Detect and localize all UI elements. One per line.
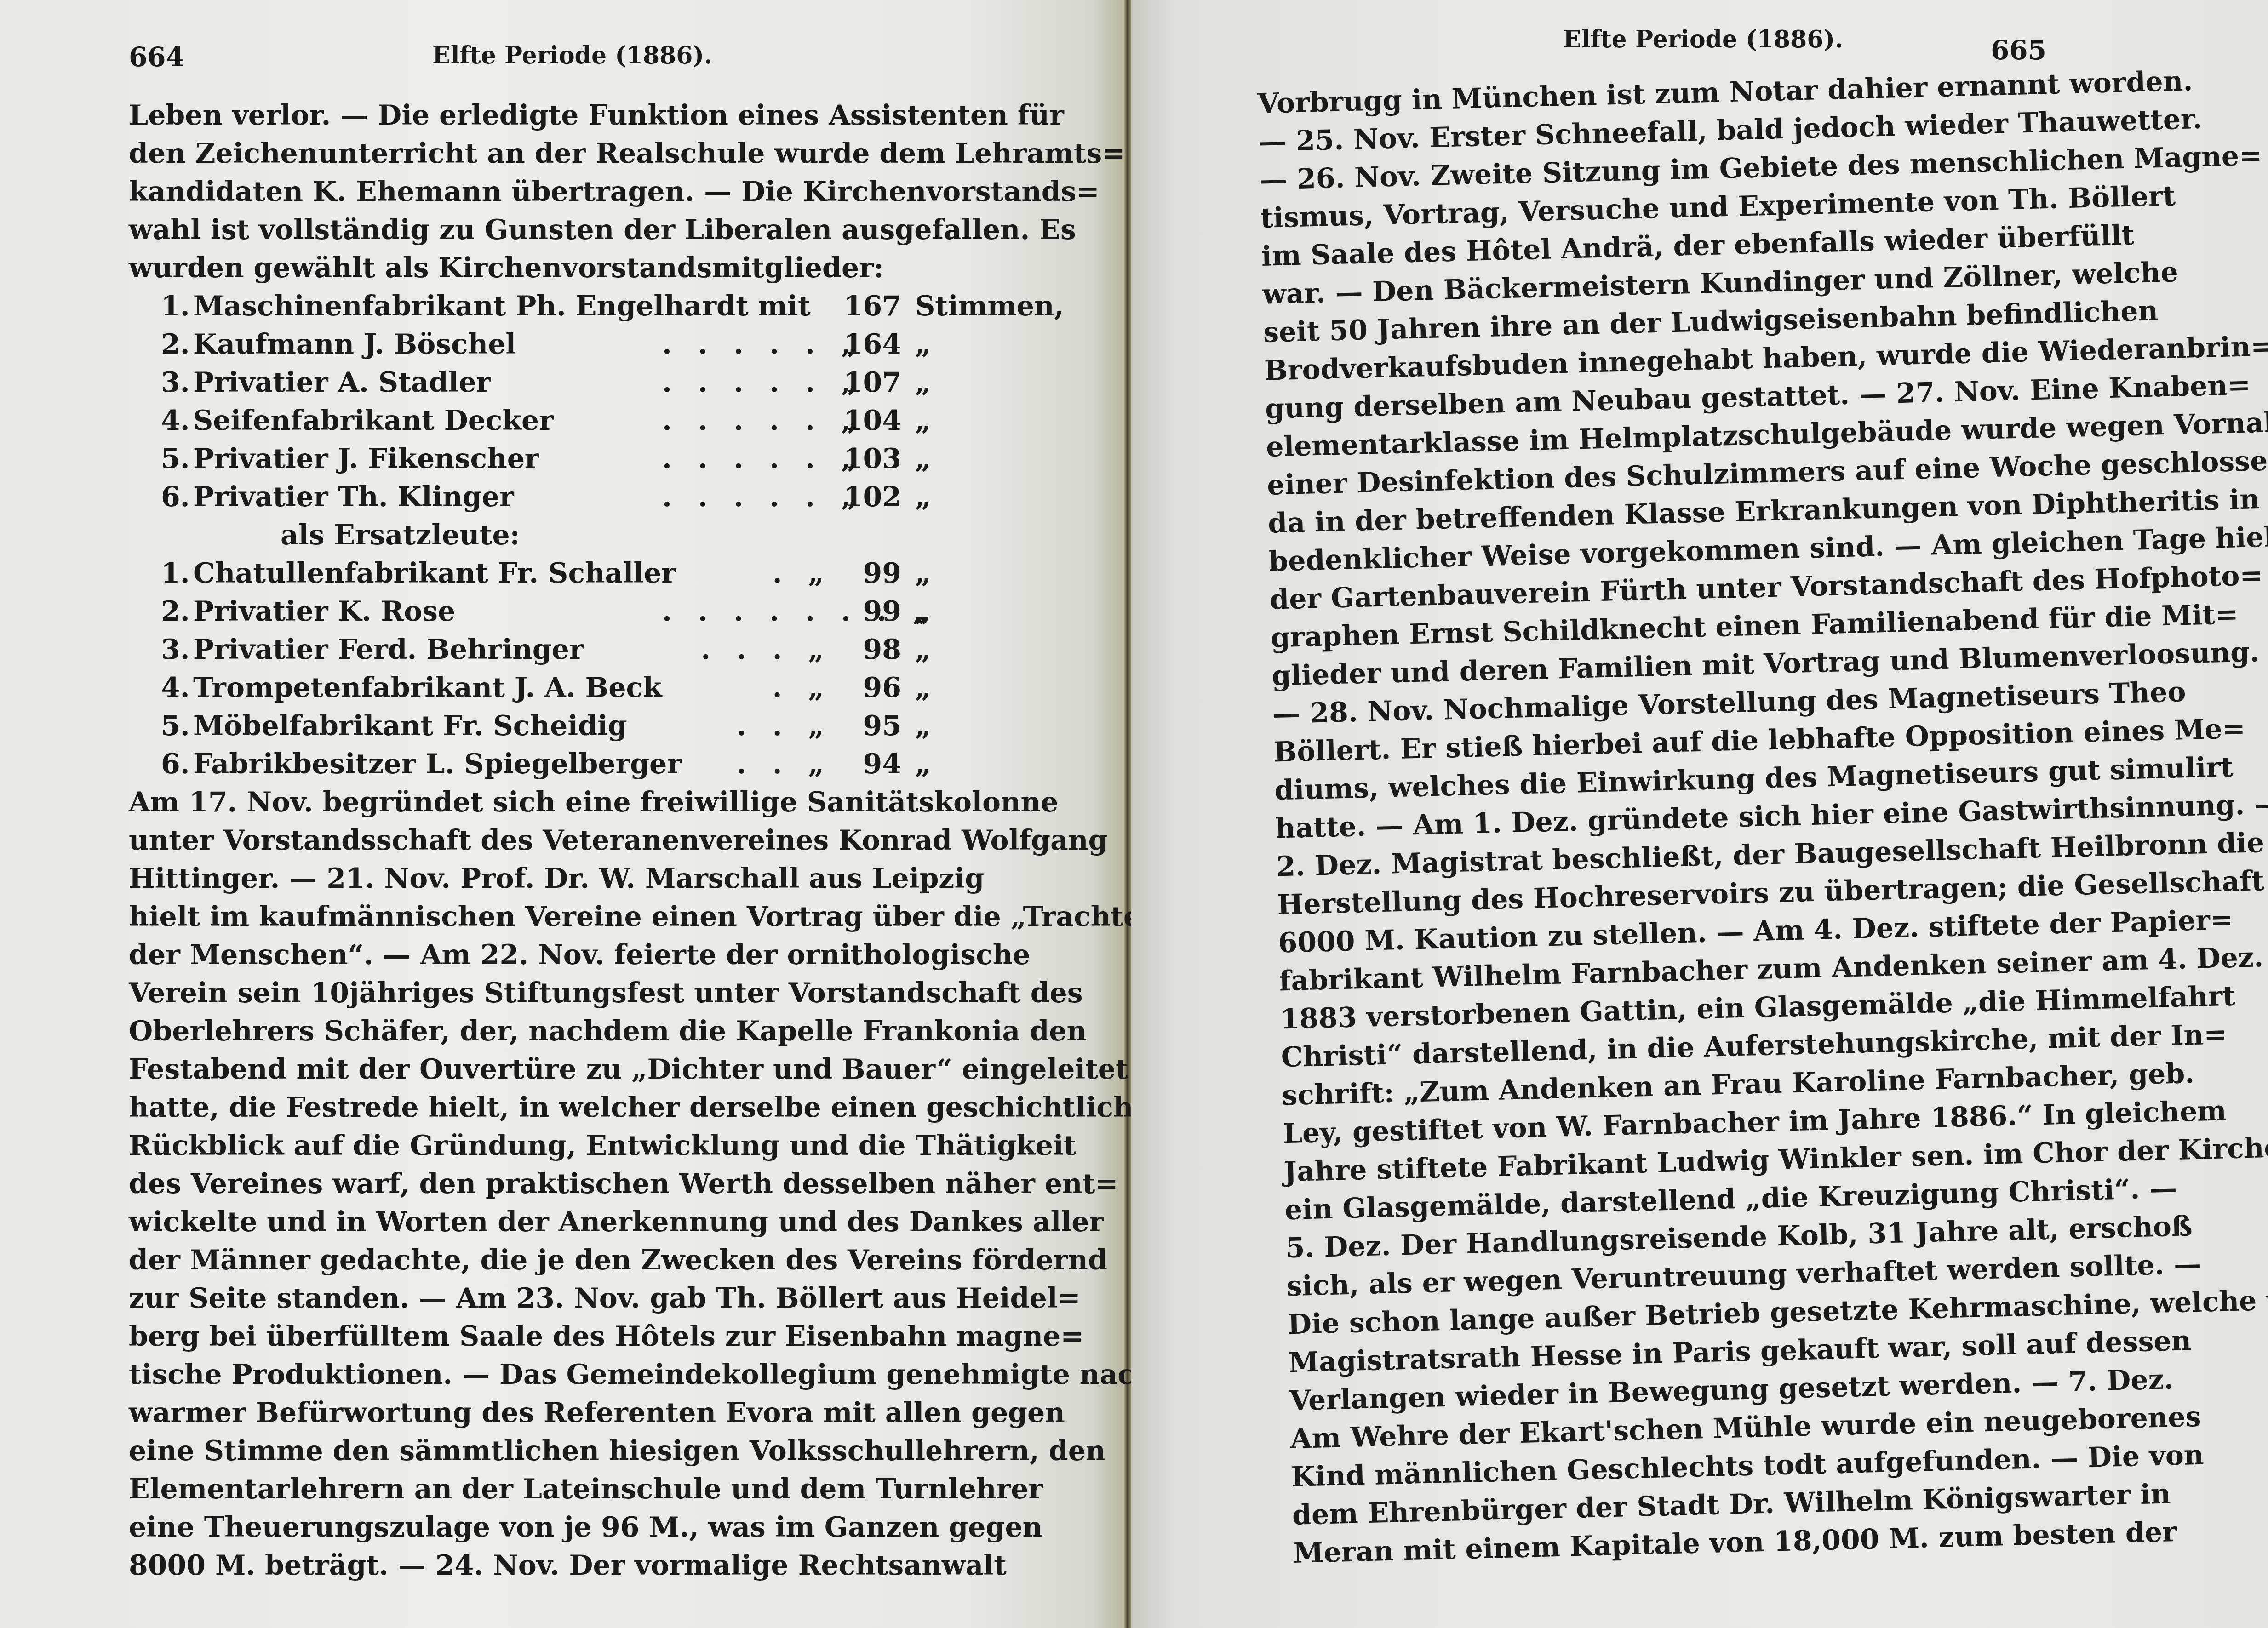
text-line: eine Theuerungszulage von je 96 M., was …	[129, 1508, 979, 1547]
list-item: 2. Privatier K. Rose . . . . . . . „ 99 …	[129, 593, 979, 631]
vote-count: 104	[842, 402, 915, 440]
right-body-text: Vorbrugg in München ist zum Notar dahier…	[1257, 65, 2094, 1573]
member-name: Maschinenfabrikant Ph. Engelhardt mit	[193, 287, 662, 326]
member-name: Möbelfabrikant Fr. Scheidig	[193, 707, 662, 745]
leader-dots: . . . . . . . „	[662, 593, 842, 631]
leader-dots: . . . . . „	[662, 402, 842, 440]
item-number: 4.	[161, 669, 193, 707]
text-line: warmer Befürwortung des Referenten Evora…	[129, 1394, 979, 1432]
text-line: wickelte und in Worten der Anerkennung u…	[129, 1203, 979, 1241]
unit: „	[915, 631, 979, 669]
member-name: Seifenfabrikant Decker	[193, 402, 662, 440]
item-number: 6.	[161, 478, 193, 516]
unit: „	[915, 326, 979, 364]
leader-dots: . . . . . „	[662, 364, 842, 402]
substitutes-heading: als Ersatzleute:	[129, 516, 979, 554]
text-line: der Männer gedachte, die je den Zwecken …	[129, 1241, 979, 1280]
item-number: 1.	[161, 554, 193, 593]
text-line: zur Seite standen. — Am 23. Nov. gab Th.…	[129, 1280, 979, 1318]
leader-dots: . „	[662, 554, 842, 593]
leader-dots: . . „	[662, 745, 842, 783]
list-item: 6. Privatier Th. Klinger . . . . . „ 102…	[129, 478, 979, 516]
text-line: hielt im kaufmännischen Vereine einen Vo…	[129, 898, 979, 936]
page-number: 664	[129, 41, 184, 73]
vote-count: 94	[842, 745, 915, 783]
list-item: 2. Kaufmann J. Böschel . . . . . „ 164 „	[129, 326, 979, 364]
member-name: Fabrikbesitzer L. Spiegelberger	[193, 745, 662, 783]
vote-count: 103	[842, 440, 915, 478]
item-number: 2.	[161, 326, 193, 364]
leader-dots: . „	[662, 669, 842, 707]
book-spread: 664 Elfte Periode (1886). Leben verlor. …	[0, 0, 2268, 1628]
unit: „	[915, 402, 979, 440]
text-line: kandidaten K. Ehemann übertragen. — Die …	[129, 173, 979, 211]
vote-count: 167	[842, 287, 915, 326]
list-item: 4. Seifenfabrikant Decker . . . . . „ 10…	[129, 402, 979, 440]
text-line: unter Vorstandsschaft des Veteranenverei…	[129, 822, 979, 860]
text-line: der Menschen“. — Am 22. Nov. feierte der…	[129, 936, 979, 974]
member-name: Privatier K. Rose	[193, 593, 662, 631]
left-body-text: Leben verlor. — Die erledigte Funktion e…	[129, 97, 979, 1585]
list-item: 1. Chatullenfabrikant Fr. Schaller . „ 9…	[129, 554, 979, 593]
member-name: Privatier J. Fikenscher	[193, 440, 662, 478]
leader-dots	[662, 287, 842, 326]
list-item: 5. Möbelfabrikant Fr. Scheidig . . „ 95 …	[129, 707, 979, 745]
list-item: 4. Trompetenfabrikant J. A. Beck . „ 96 …	[129, 669, 979, 707]
leader-dots: . . . . . „	[662, 326, 842, 364]
vote-count: 95	[842, 707, 915, 745]
list-item: 1. Maschinenfabrikant Ph. Engelhardt mit…	[129, 287, 979, 326]
unit: „	[915, 554, 979, 593]
text-line: Festabend mit der Ouvertüre zu „Dichter …	[129, 1051, 979, 1089]
vote-count: 107	[842, 364, 915, 402]
item-number: 6.	[161, 745, 193, 783]
leader-dots: . . . „	[662, 631, 842, 669]
vote-count: 96	[842, 669, 915, 707]
item-number: 3.	[161, 364, 193, 402]
item-number: 3.	[161, 631, 193, 669]
item-number: 4.	[161, 402, 193, 440]
vote-count: 99	[842, 593, 915, 631]
text-line: 8000 M. beträgt. — 24. Nov. Der vormalig…	[129, 1547, 979, 1585]
unit: „	[915, 593, 979, 631]
item-number: 5.	[161, 440, 193, 478]
vote-count: 99	[842, 554, 915, 593]
right-page: Elfte Periode (1886). 665 Vorbrugg in Mü…	[1131, 0, 2268, 1628]
vote-count: 102	[842, 478, 915, 516]
unit: „	[915, 364, 979, 402]
text-line: Verein sein 10jähriges Stiftungsfest unt…	[129, 974, 979, 1012]
list-item: 3. Privatier A. Stadler . . . . . „ 107 …	[129, 364, 979, 402]
text-line: Hittinger. — 21. Nov. Prof. Dr. W. Marsc…	[129, 860, 979, 898]
leader-dots: . . . . . „	[662, 478, 842, 516]
unit: „	[915, 707, 979, 745]
text-line: Leben verlor. — Die erledigte Funktion e…	[129, 97, 979, 135]
text-line: Am 17. Nov. begründet sich eine freiwill…	[129, 783, 979, 822]
member-name: Chatullenfabrikant Fr. Schaller	[193, 554, 662, 593]
unit: „	[915, 478, 979, 516]
unit: „	[915, 440, 979, 478]
item-number: 5.	[161, 707, 193, 745]
member-name: Kaufmann J. Böschel	[193, 326, 662, 364]
leader-dots: . . . . . „	[662, 440, 842, 478]
text-line: des Vereines warf, den praktischen Werth…	[129, 1165, 979, 1203]
text-line: eine Stimme den sämmtlichen hiesigen Vol…	[129, 1432, 979, 1470]
page-number: 665	[1991, 34, 2046, 66]
leader-dots: . . „	[662, 707, 842, 745]
text-line: Oberlehrers Schäfer, der, nachdem die Ka…	[129, 1012, 979, 1051]
item-number: 1.	[161, 287, 193, 326]
elected-members-list: 1. Maschinenfabrikant Ph. Engelhardt mit…	[129, 287, 979, 516]
text-line: berg bei überfülltem Saale des Hôtels zu…	[129, 1318, 979, 1356]
vote-count: 98	[842, 631, 915, 669]
item-number: 2.	[161, 593, 193, 631]
member-name: Privatier Th. Klinger	[193, 478, 662, 516]
list-item: 3. Privatier Ferd. Behringer . . . „ 98 …	[129, 631, 979, 669]
unit: „	[915, 669, 979, 707]
member-name: Privatier Ferd. Behringer	[193, 631, 662, 669]
text-line: tische Produktionen. — Das Gemeindekolle…	[129, 1356, 979, 1394]
text-line: Elementarlehrern an der Lateinschule und…	[129, 1470, 979, 1508]
unit: Stimmen,	[915, 287, 979, 326]
vote-count: 164	[842, 326, 915, 364]
list-item: 5. Privatier J. Fikenscher . . . . . „ 1…	[129, 440, 979, 478]
member-name: Trompetenfabrikant J. A. Beck	[193, 669, 662, 707]
list-item: 6. Fabrikbesitzer L. Spiegelberger . . „…	[129, 745, 979, 783]
text-line: hatte, die Festrede hielt, in welcher de…	[129, 1089, 979, 1127]
running-title: Elfte Periode (1886).	[1563, 25, 1843, 53]
text-line: Rückblick auf die Gründung, Entwicklung …	[129, 1127, 979, 1165]
text-line: wahl ist vollständig zu Gunsten der Libe…	[129, 211, 979, 249]
unit: „	[915, 745, 979, 783]
text-line: wurden gewählt als Kirchenvorstandsmitgl…	[129, 249, 979, 287]
text-line: den Zeichenunterricht an der Realschule …	[129, 135, 979, 173]
running-title: Elfte Periode (1886).	[432, 41, 712, 69]
substitutes-list: 1. Chatullenfabrikant Fr. Schaller . „ 9…	[129, 554, 979, 783]
member-name: Privatier A. Stadler	[193, 364, 662, 402]
left-page: 664 Elfte Periode (1886). Leben verlor. …	[0, 0, 1124, 1628]
